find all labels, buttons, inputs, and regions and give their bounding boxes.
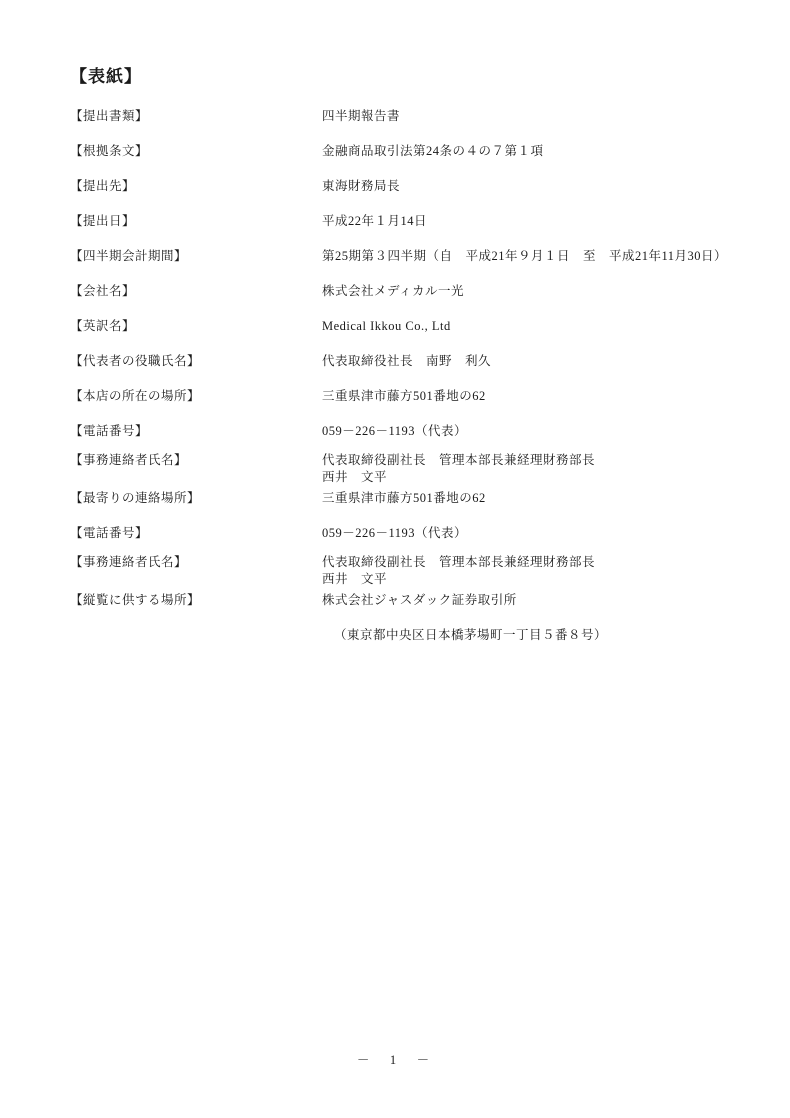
page-number: － 1 －	[0, 1052, 790, 1069]
field-value: 四半期報告書	[322, 108, 750, 125]
cover-fields: 【提出書類】 四半期報告書 【根拠条文】 金融商品取引法第24条の４の７第１項 …	[70, 108, 750, 644]
field-label: 【事務連絡者氏名】	[70, 554, 322, 571]
field-label: 【英訳名】	[70, 318, 322, 335]
field-label: 【電話番号】	[70, 525, 322, 542]
field-row-inspection-place-address: （東京都中央区日本橋茅場町一丁目５番８号）	[70, 627, 750, 644]
document-page: 【表紙】 【提出書類】 四半期報告書 【根拠条文】 金融商品取引法第24条の４の…	[0, 0, 790, 1118]
field-row-nearest-contact-place: 【最寄りの連絡場所】 三重県津市藤方501番地の62	[70, 490, 750, 507]
field-row-legal-basis: 【根拠条文】 金融商品取引法第24条の４の７第１項	[70, 143, 750, 160]
field-value: 代表取締役副社長 管理本部長兼経理財務部長 西井 文平	[322, 554, 750, 588]
field-value: 代表取締役副社長 管理本部長兼経理財務部長 西井 文平	[322, 452, 750, 486]
field-row-representative: 【代表者の役職氏名】 代表取締役社長 南野 利久	[70, 353, 750, 370]
field-row-administrative-contact-2: 【事務連絡者氏名】 代表取締役副社長 管理本部長兼経理財務部長 西井 文平	[70, 554, 750, 588]
field-label: 【事務連絡者氏名】	[70, 452, 322, 469]
field-row-submitted-to: 【提出先】 東海財務局長	[70, 178, 750, 195]
field-value: 東海財務局長	[322, 178, 750, 195]
field-label: 【電話番号】	[70, 423, 322, 440]
field-row-english-name: 【英訳名】 Medical Ikkou Co., Ltd	[70, 318, 750, 335]
field-label: 【提出書類】	[70, 108, 322, 125]
field-row-phone-number-1: 【電話番号】 059－226－1193（代表）	[70, 423, 750, 440]
field-row-quarterly-period: 【四半期会計期間】 第25期第３四半期（自 平成21年９月１日 至 平成21年1…	[70, 248, 750, 265]
field-label: 【提出日】	[70, 213, 322, 230]
field-row-submitted-document: 【提出書類】 四半期報告書	[70, 108, 750, 125]
field-value: 第25期第３四半期（自 平成21年９月１日 至 平成21年11月30日）	[322, 248, 750, 265]
field-label: 【提出先】	[70, 178, 322, 195]
field-value: （東京都中央区日本橋茅場町一丁目５番８号）	[322, 627, 750, 644]
field-row-head-office-location: 【本店の所在の場所】 三重県津市藤方501番地の62	[70, 388, 750, 405]
field-row-phone-number-2: 【電話番号】 059－226－1193（代表）	[70, 525, 750, 542]
field-label: 【根拠条文】	[70, 143, 322, 160]
field-value: 代表取締役社長 南野 利久	[322, 353, 750, 370]
field-label: 【最寄りの連絡場所】	[70, 490, 322, 507]
field-value: 金融商品取引法第24条の４の７第１項	[322, 143, 750, 160]
field-label: 【会社名】	[70, 283, 322, 300]
field-label: 【本店の所在の場所】	[70, 388, 322, 405]
field-label: 【代表者の役職氏名】	[70, 353, 322, 370]
page-title: 【表紙】	[70, 66, 750, 88]
field-value: 三重県津市藤方501番地の62	[322, 490, 750, 507]
field-value: 059－226－1193（代表）	[322, 423, 750, 440]
field-value: 株式会社メディカル一光	[322, 283, 750, 300]
field-value: 三重県津市藤方501番地の62	[322, 388, 750, 405]
field-label: 【四半期会計期間】	[70, 248, 322, 265]
field-row-submission-date: 【提出日】 平成22年１月14日	[70, 213, 750, 230]
field-value: 株式会社ジャスダック証券取引所	[322, 592, 750, 609]
field-label: 【縦覧に供する場所】	[70, 592, 322, 609]
field-row-company-name: 【会社名】 株式会社メディカル一光	[70, 283, 750, 300]
field-row-public-inspection-place: 【縦覧に供する場所】 株式会社ジャスダック証券取引所	[70, 592, 750, 609]
field-value: 平成22年１月14日	[322, 213, 750, 230]
field-row-administrative-contact-1: 【事務連絡者氏名】 代表取締役副社長 管理本部長兼経理財務部長 西井 文平	[70, 452, 750, 486]
field-value: Medical Ikkou Co., Ltd	[322, 318, 750, 335]
field-value: 059－226－1193（代表）	[322, 525, 750, 542]
